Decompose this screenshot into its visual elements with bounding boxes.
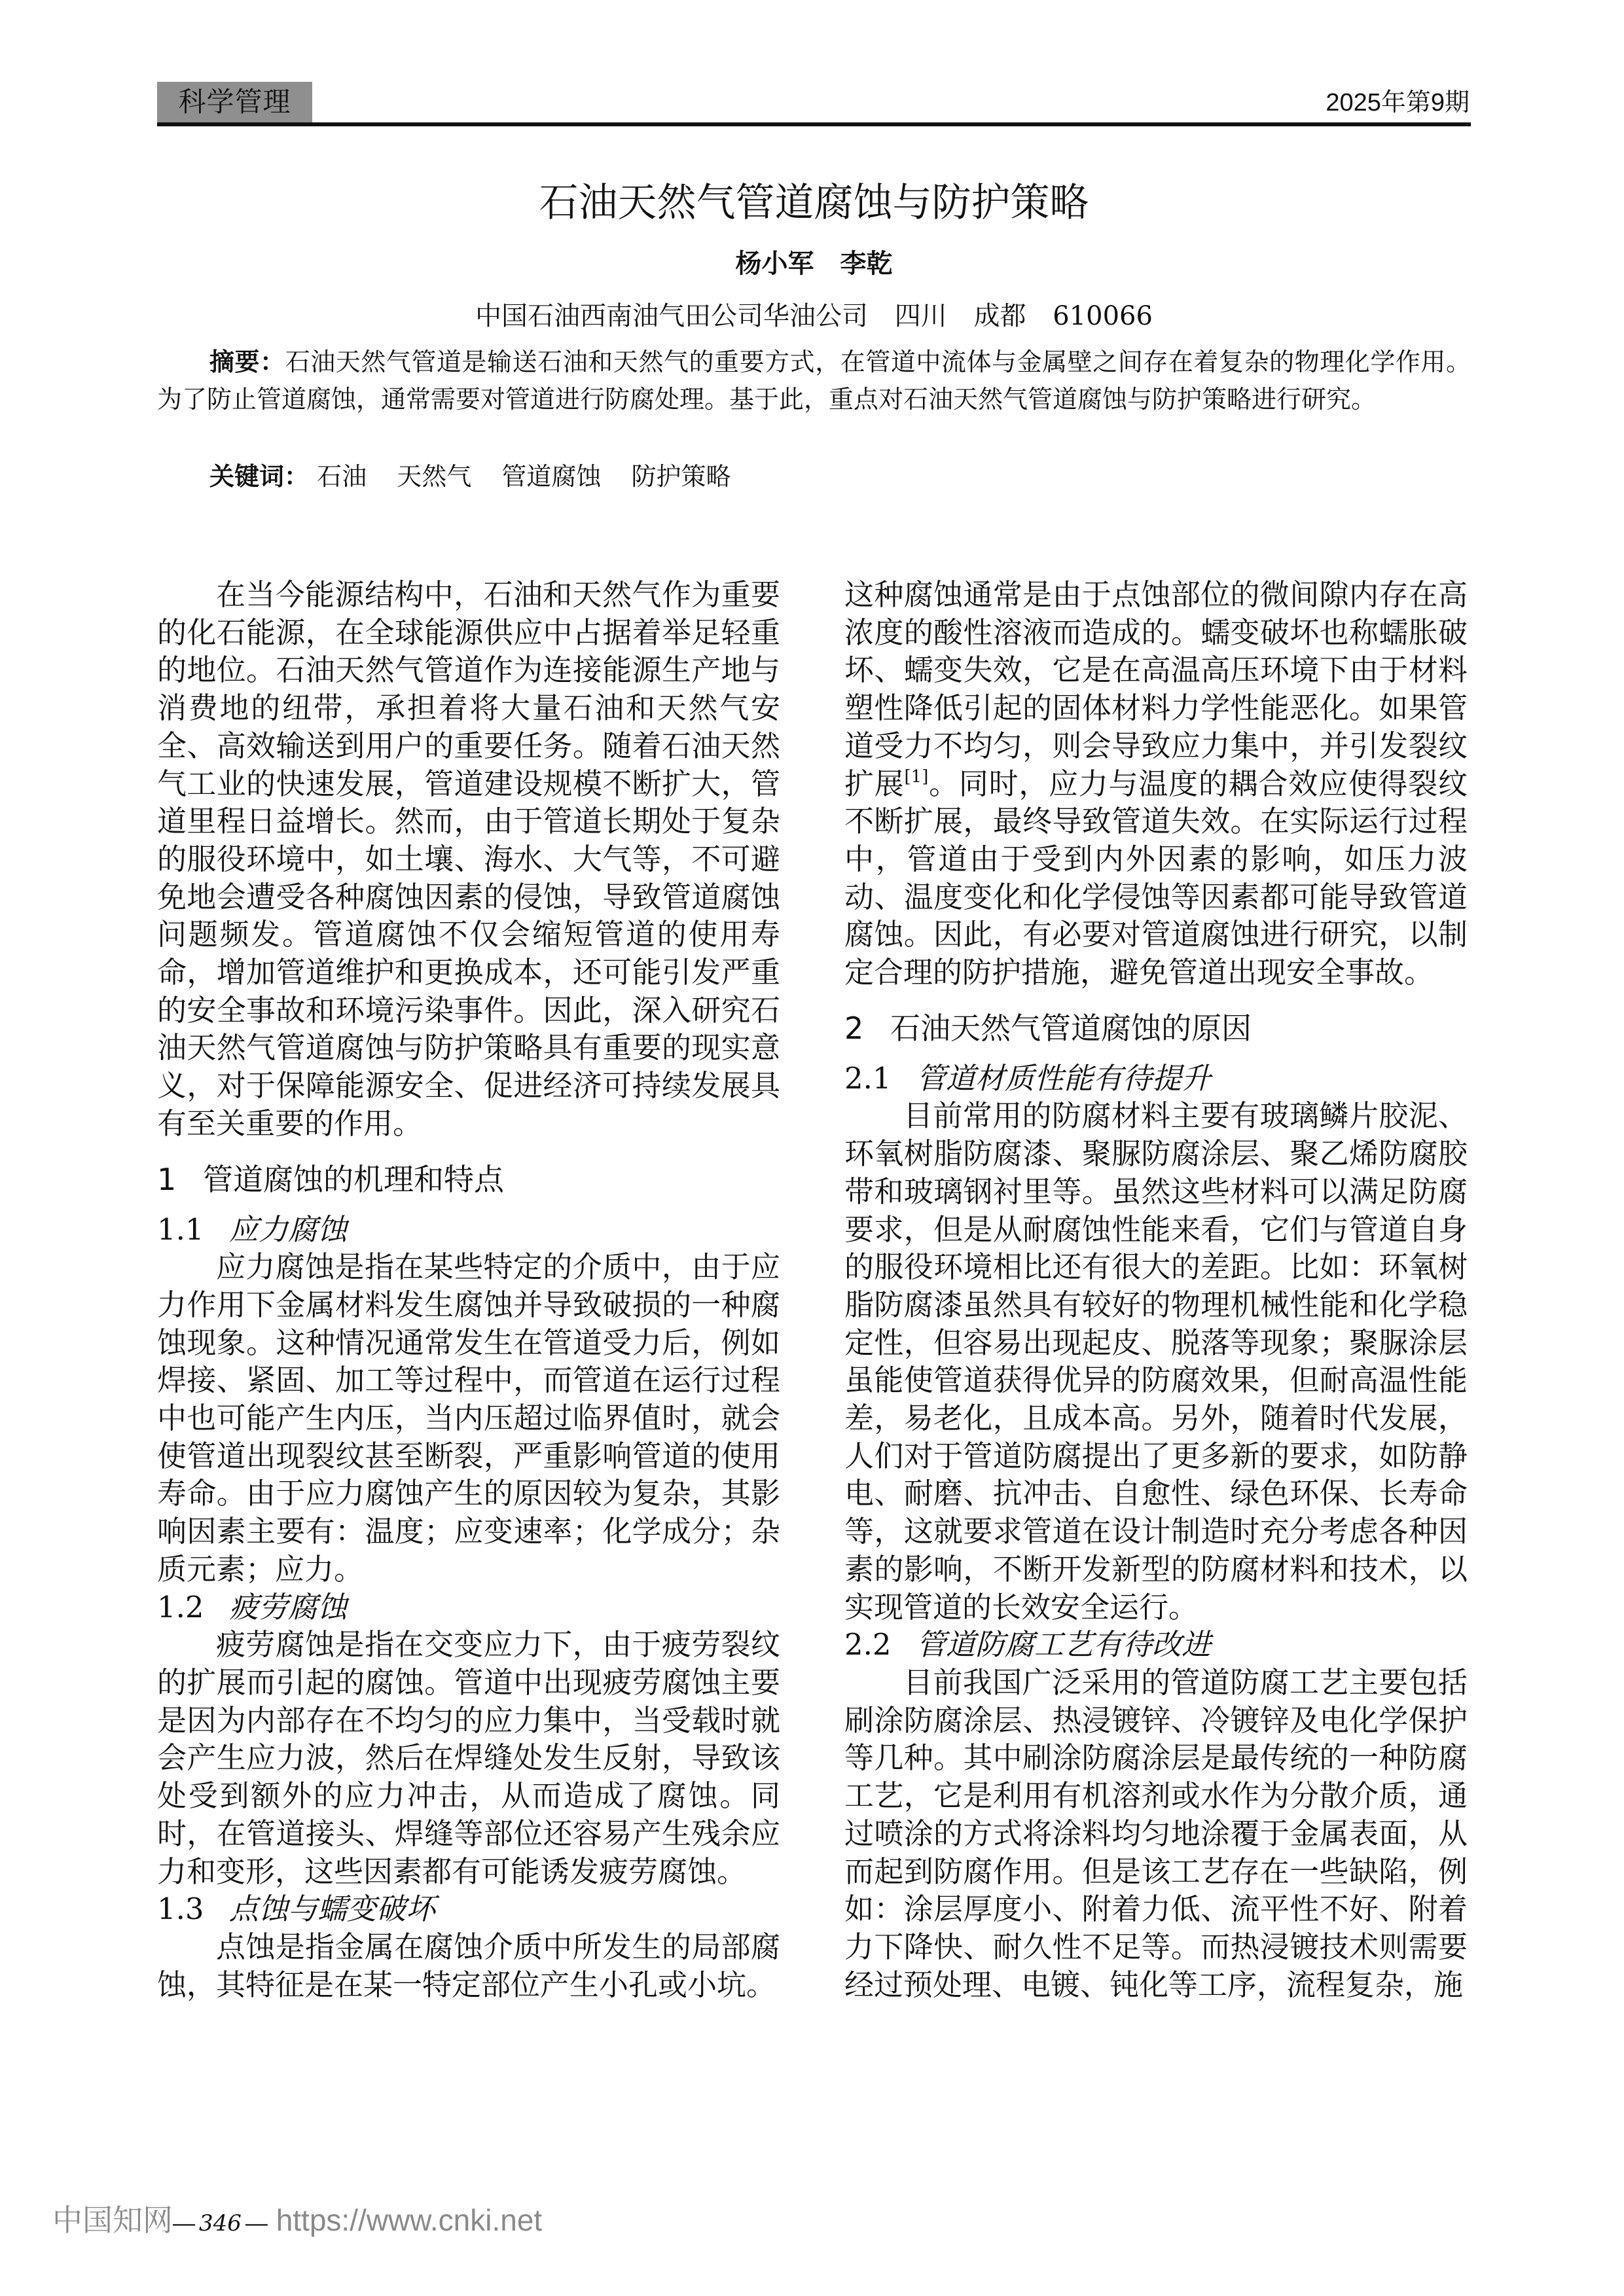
body-column-left: 在当今能源结构中，石油和天然气作为重要的化石能源，在全球能源供应中占据着举足轻重… (157, 576, 780, 2003)
intro-paragraph: 在当今能源结构中，石油和天然气作为重要的化石能源，在全球能源供应中占据着举足轻重… (157, 576, 780, 1143)
subsection-title: 管道防腐工艺有待改进 (916, 1627, 1211, 1662)
subsection-heading: 1.2疲劳腐蚀 (157, 1588, 780, 1626)
page-dash-left: — (173, 2211, 195, 2236)
watermark-brand: 中国知网 (52, 2203, 173, 2237)
affiliation: 中国石油西南油气田公司华油公司 四川 成都 610066 (157, 298, 1471, 334)
watermark-url[interactable]: https://www.cnki.net (276, 2203, 543, 2237)
abstract-label: 摘要： (209, 348, 285, 376)
affiliation-province: 四川 (895, 301, 947, 331)
subsection-heading: 2.2管道防腐工艺有待改进 (844, 1626, 1468, 1664)
section-number: 1 (157, 1160, 203, 1199)
citation-ref[interactable]: [1] (905, 767, 929, 787)
section-title: 石油天然气管道腐蚀的原因 (890, 1011, 1252, 1046)
article-title: 石油天然气管道腐蚀与防护策略 (157, 177, 1471, 229)
subsection-number: 1.2 (157, 1588, 229, 1626)
body-paragraph-continued: 这种腐蚀通常是由于点蚀部位的微间隙内存在高浓度的酸性溶液而造成的。蠕变破坏也称蠕… (844, 576, 1468, 992)
section-number: 2 (844, 1009, 890, 1048)
authors: 杨小军 李乾 (157, 245, 1471, 282)
keyword: 石油 (317, 462, 367, 491)
body-paragraph: 目前我国广泛采用的管道防腐工艺主要包括刷涂防腐涂层、热浸镀锌、冷镀锌及电化学保护… (844, 1664, 1468, 2003)
subsection-number: 2.2 (844, 1626, 916, 1664)
section-heading: 1管道腐蚀的机理和特点 (157, 1160, 780, 1199)
keyword: 防护策略 (631, 462, 731, 491)
subsection-heading: 1.3点蚀与蠕变破坏 (157, 1890, 780, 1928)
subsection-title: 应力腐蚀 (229, 1212, 347, 1247)
keyword: 天然气 (397, 462, 471, 491)
section-heading: 2石油天然气管道腐蚀的原因 (844, 1009, 1468, 1048)
page-dash-right: — (245, 2211, 268, 2236)
body-paragraph: 点蚀是指金属在腐蚀介质中所发生的局部腐蚀，其特征是在某一特定部位产生小孔或小坑。 (157, 1928, 780, 2003)
body-paragraph: 目前常用的防腐材料主要有玻璃鳞片胶泥、环氧树脂防腐漆、聚脲防腐涂层、聚乙烯防腐胶… (844, 1097, 1468, 1626)
keywords: 关键词： 石油 天然气 管道腐蚀 防护策略 (209, 458, 753, 495)
subsection-heading: 1.1应力腐蚀 (157, 1211, 780, 1249)
continued-text: 。同时，应力与温度的耦合效应使得裂纹不断扩展，最终导致管道失效。在实际运行过程中… (844, 766, 1468, 990)
affiliation-org: 中国石油西南油气田公司华油公司 (475, 301, 868, 331)
subsection-number: 1.1 (157, 1211, 229, 1249)
keywords-label: 关键词： (209, 462, 309, 491)
abstract: 摘要：石油天然气管道是输送石油和天然气的重要方式，在管道中流体与金属壁之间存在着… (157, 344, 1471, 418)
subsection-heading: 2.1管道材质性能有待提升 (844, 1060, 1468, 1098)
section-tag: 科学管理 (157, 82, 312, 122)
section-title: 管道腐蚀的机理和特点 (203, 1162, 504, 1197)
issue-label: 2025年第9期 (1326, 86, 1470, 119)
abstract-text: 石油天然气管道是输送石油和天然气的重要方式，在管道中流体与金属壁之间存在着复杂的… (157, 348, 1471, 414)
page-number: 346 (199, 2210, 242, 2236)
body-column-right: 这种腐蚀通常是由于点蚀部位的微间隙内存在高浓度的酸性溶液而造成的。蠕变破坏也称蠕… (844, 576, 1468, 2003)
header-rule (157, 122, 1471, 126)
subsection-title: 管道材质性能有待提升 (916, 1061, 1211, 1096)
subsection-title: 疲劳腐蚀 (229, 1590, 347, 1624)
affiliation-city: 成都 (974, 301, 1026, 331)
subsection-number: 1.3 (157, 1890, 229, 1928)
body-paragraph: 疲劳腐蚀是指在交变应力下，由于疲劳裂纹的扩展而引起的腐蚀。管道中出现疲劳腐蚀主要… (157, 1626, 780, 1890)
page-footer: 中国知网—346— https://www.cnki.net (52, 2200, 542, 2243)
affiliation-postcode: 610066 (1053, 301, 1153, 331)
body-paragraph: 应力腐蚀是指在某些特定的介质中，由于应力作用下金属材料发生腐蚀并导致破损的一种腐… (157, 1248, 780, 1588)
subsection-title: 点蚀与蠕变破坏 (229, 1892, 435, 1926)
subsection-number: 2.1 (844, 1060, 916, 1098)
keyword: 管道腐蚀 (501, 462, 601, 491)
